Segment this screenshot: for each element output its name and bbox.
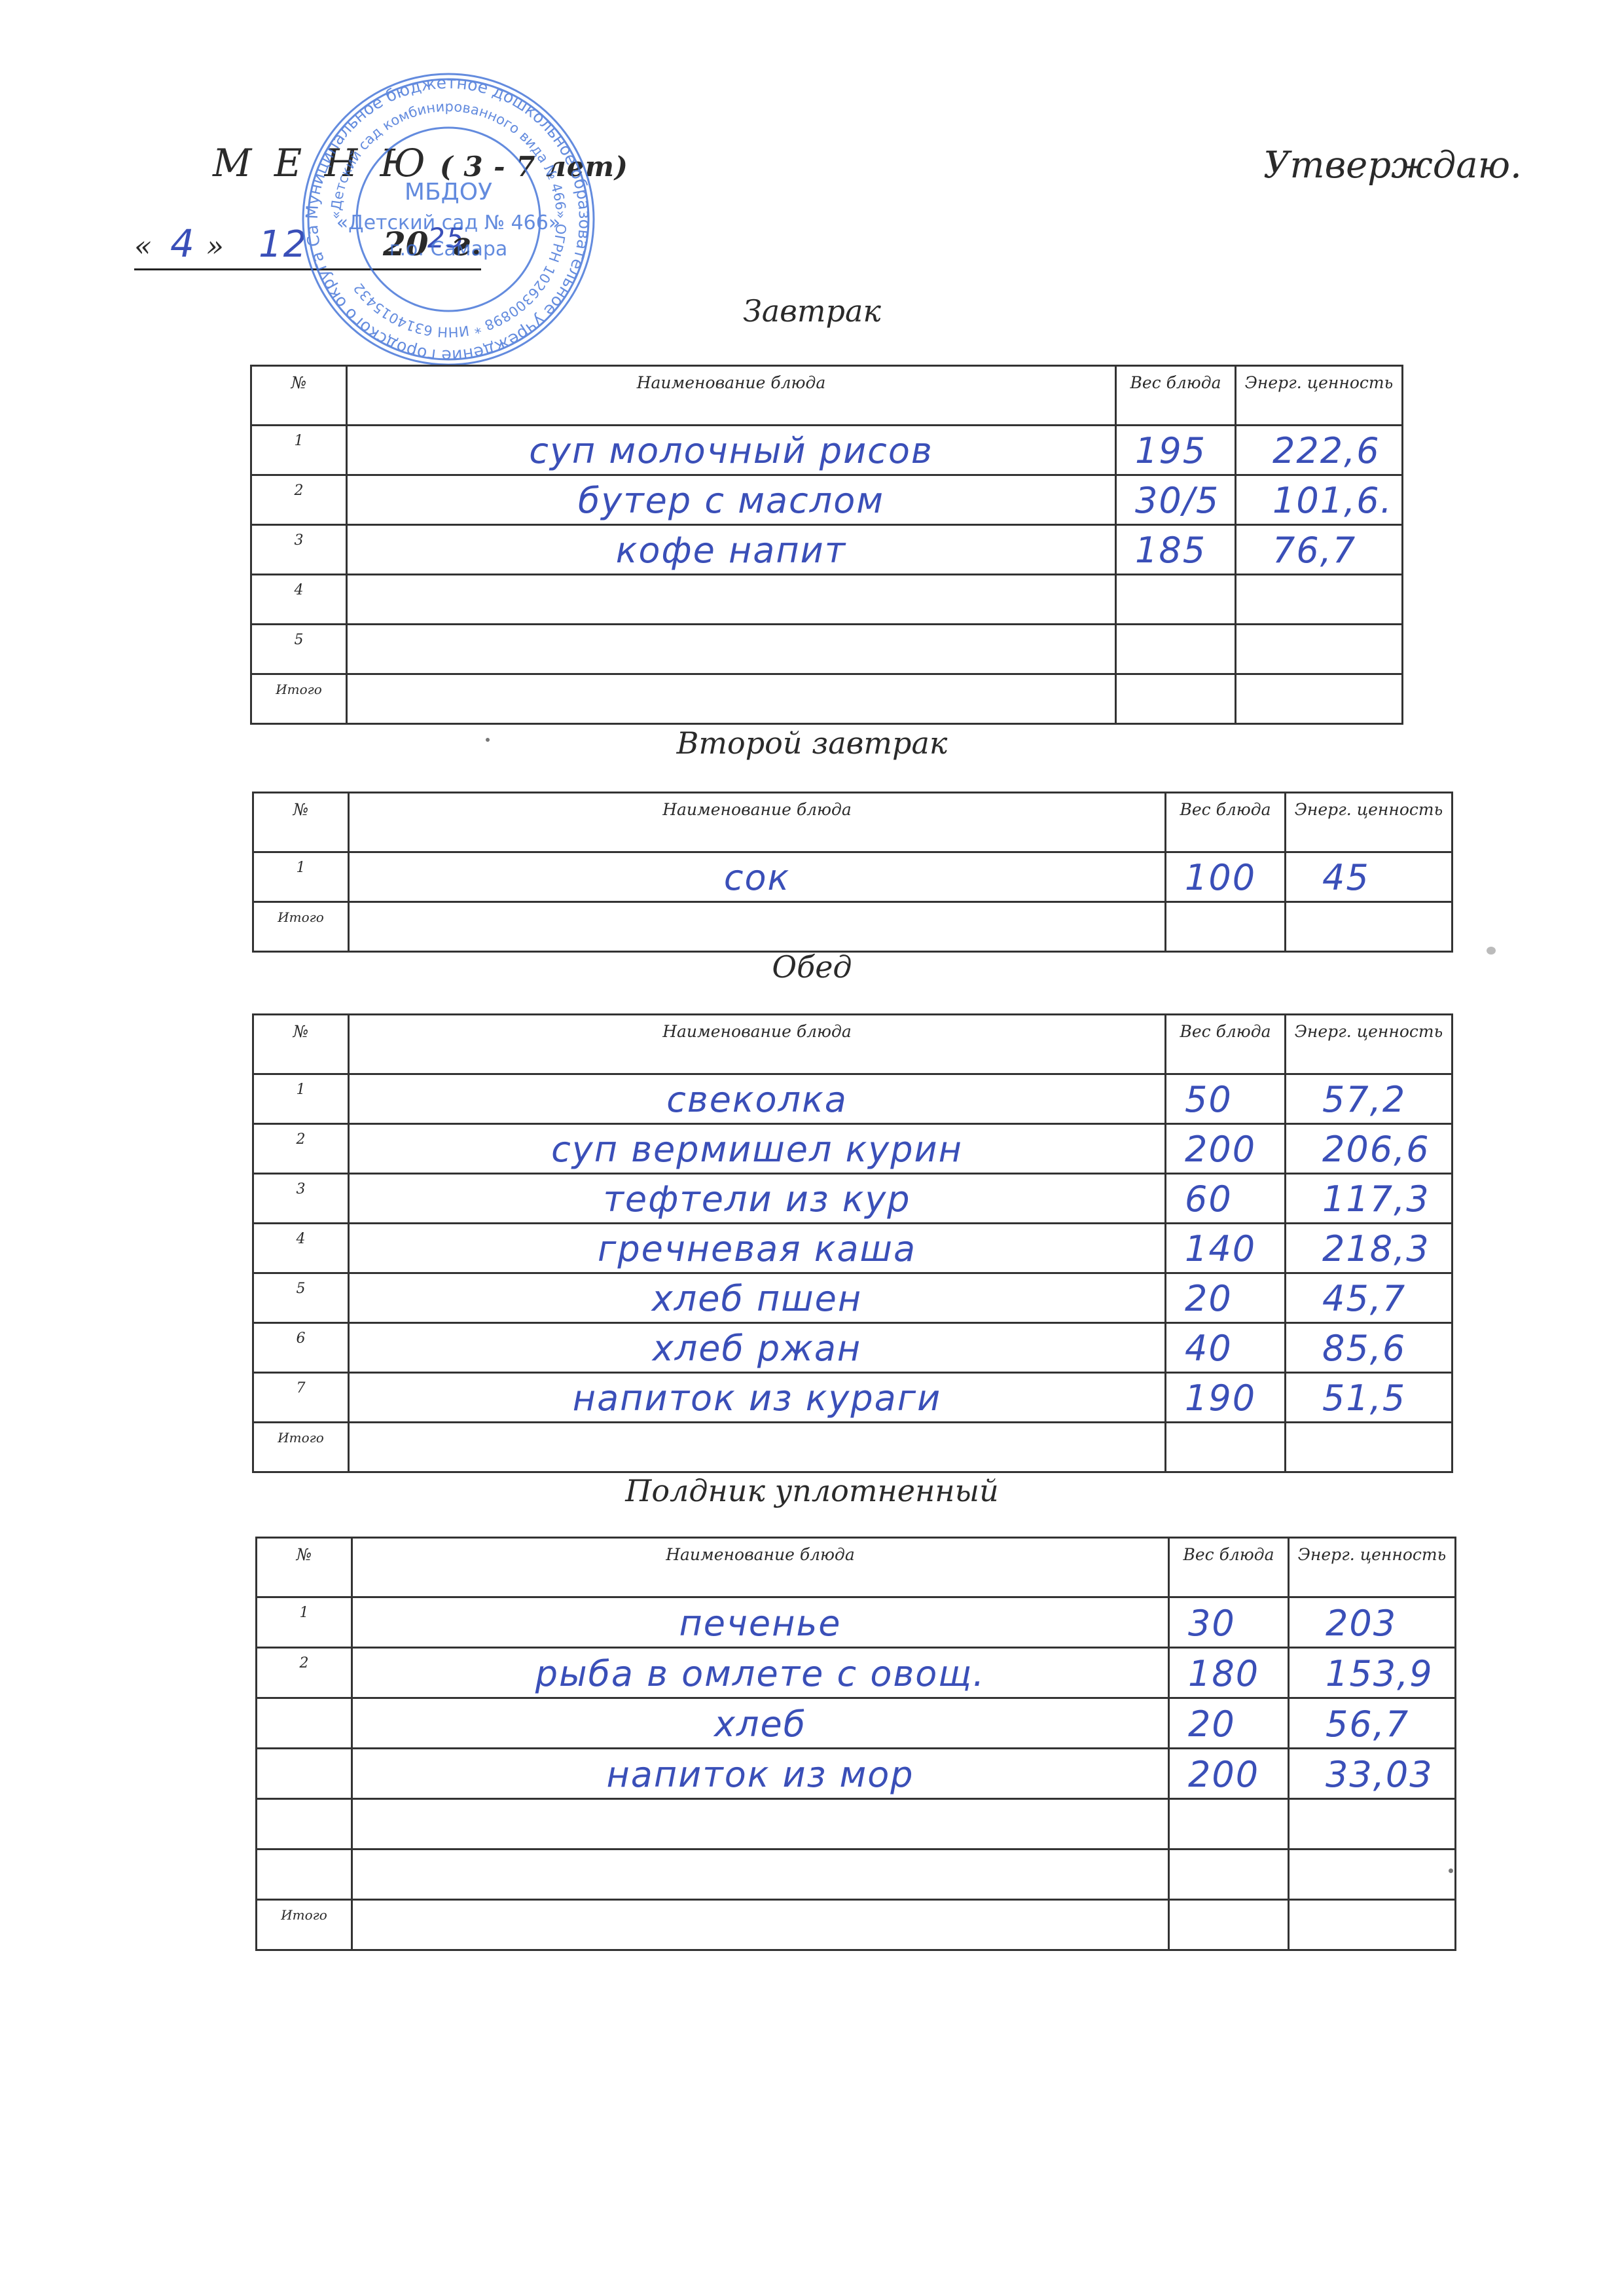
col-header-energy: Энерг. ценность: [1286, 793, 1453, 852]
date-day: 4: [170, 221, 196, 266]
table-header-row: №Наименование блюдаВес блюдаЭнерг. ценно…: [251, 366, 1403, 426]
dish-weight: 140: [1185, 1228, 1256, 1269]
table-row: 7напиток из кураги19051,5: [253, 1373, 1453, 1423]
row-number: 4: [251, 575, 347, 625]
date-month: 12: [259, 223, 308, 266]
row-number: [257, 1749, 352, 1799]
date-open-quote: «: [134, 230, 152, 263]
col-header-weight: Вес блюда: [1169, 1538, 1289, 1597]
dish-energy: 56,7: [1326, 1704, 1409, 1745]
dish-energy: 85,6: [1322, 1328, 1406, 1369]
total-label: Итого: [257, 1900, 352, 1950]
second-breakfast-table: №Наименование блюдаВес блюдаЭнерг. ценно…: [252, 792, 1453, 953]
total-name-cell: [349, 902, 1166, 952]
total-energy-cell: [1286, 1423, 1453, 1472]
date-year-prefix: 20: [383, 225, 429, 263]
total-energy-cell: [1289, 1900, 1456, 1950]
table-row: 3кофе напит18576,7: [251, 525, 1403, 575]
table-row: хлеб2056,7: [257, 1698, 1456, 1749]
dish-energy: 203: [1326, 1603, 1397, 1644]
dish-weight: 200: [1188, 1754, 1259, 1795]
dish-weight: 180: [1188, 1653, 1259, 1694]
table-row: 1суп молочный рисов195222,6: [251, 426, 1403, 475]
dish-energy: 51,5: [1322, 1377, 1406, 1419]
row-number: [257, 1850, 352, 1900]
col-header-name: Наименование блюда: [349, 1015, 1166, 1074]
total-weight-cell: [1166, 902, 1286, 952]
table-row: 2рыба в омлете с овощ.180153,9: [257, 1648, 1456, 1698]
dish-name: хлеб: [353, 1704, 1168, 1745]
dish-name: кофе напит: [348, 530, 1115, 571]
col-header-name: Наименование блюда: [347, 366, 1116, 426]
row-number: 5: [253, 1273, 349, 1323]
dish-energy: 222,6: [1272, 430, 1380, 471]
total-weight-cell: [1116, 674, 1236, 724]
table-header-row: №Наименование блюдаВес блюдаЭнерг. ценно…: [257, 1538, 1456, 1597]
row-number: 2: [253, 1124, 349, 1174]
col-header-num: №: [253, 793, 349, 852]
section-title-second-breakfast: Второй завтрак: [0, 725, 1624, 761]
dish-energy: 117,3: [1322, 1178, 1430, 1220]
snack-table: №Наименование блюдаВес блюдаЭнерг. ценно…: [255, 1537, 1456, 1951]
col-header-name: Наименование блюда: [349, 793, 1166, 852]
scan-speck: [1449, 1868, 1453, 1873]
dish-name: хлеб пшен: [350, 1278, 1164, 1319]
col-header-energy: Энерг. ценность: [1289, 1538, 1456, 1597]
col-header-num: №: [257, 1538, 352, 1597]
table-row: 1свеколка5057,2: [253, 1074, 1453, 1124]
table-row: 2бутер с маслом30/5101,6.: [251, 475, 1403, 525]
date-year-label: г.: [452, 225, 482, 263]
row-number: 1: [257, 1597, 352, 1648]
dish-weight: 20: [1185, 1278, 1233, 1319]
approve-label: Утверждаю.: [1263, 144, 1522, 187]
breakfast-table: №Наименование блюдаВес блюдаЭнерг. ценно…: [250, 365, 1403, 725]
row-number: [257, 1799, 352, 1850]
total-weight-cell: [1166, 1423, 1286, 1472]
dish-name: печенье: [353, 1603, 1168, 1644]
row-number: 2: [257, 1648, 352, 1698]
col-header-energy: Энерг. ценность: [1236, 366, 1403, 426]
dish-energy: 76,7: [1272, 530, 1356, 571]
dish-weight: 40: [1185, 1328, 1233, 1369]
col-header-weight: Вес блюда: [1116, 366, 1236, 426]
dish-weight: 50: [1185, 1079, 1233, 1120]
table-header-row: №Наименование блюдаВес блюдаЭнерг. ценно…: [253, 793, 1453, 852]
row-number: 6: [253, 1323, 349, 1373]
dish-name: хлеб ржан: [350, 1328, 1164, 1369]
dish-energy: 218,3: [1322, 1228, 1430, 1269]
dish-weight: 195: [1135, 430, 1206, 471]
col-header-num: №: [253, 1015, 349, 1074]
table-total-row: Итого: [251, 674, 1403, 724]
dish-name: свеколка: [350, 1079, 1164, 1120]
dish-energy: 45,7: [1322, 1278, 1406, 1319]
dish-name: гречневая каша: [350, 1228, 1164, 1269]
total-name-cell: [349, 1423, 1166, 1472]
table-row: 4: [251, 575, 1403, 625]
table-row: 2суп вермишел курин200206,6: [253, 1124, 1453, 1174]
col-header-energy: Энерг. ценность: [1286, 1015, 1453, 1074]
table-row: 1печенье30203: [257, 1597, 1456, 1648]
dish-energy: 153,9: [1326, 1653, 1434, 1694]
row-number: 1: [253, 1074, 349, 1124]
menu-date: « 4 » 12 20 25 г.: [134, 223, 481, 270]
dish-name: рыба в омлете с овощ.: [353, 1653, 1168, 1694]
table-row: 1сок10045: [253, 852, 1453, 902]
dish-name: сок: [350, 857, 1164, 898]
row-number: 1: [251, 426, 347, 475]
table-row: [257, 1850, 1456, 1900]
dish-weight: 30: [1188, 1603, 1236, 1644]
dish-weight: 190: [1185, 1377, 1256, 1419]
total-weight-cell: [1169, 1900, 1289, 1950]
table-total-row: Итого: [253, 1423, 1453, 1472]
table-row: 5: [251, 625, 1403, 674]
dish-name: напиток из кураги: [350, 1377, 1164, 1419]
total-label: Итого: [251, 674, 347, 724]
dish-name: суп вермишел курин: [350, 1129, 1164, 1170]
table-row: [257, 1799, 1456, 1850]
dish-weight: 60: [1185, 1178, 1233, 1220]
total-name-cell: [347, 674, 1116, 724]
row-number: 2: [251, 475, 347, 525]
dish-name: бутер с маслом: [348, 480, 1115, 521]
total-label: Итого: [253, 902, 349, 952]
dish-name: суп молочный рисов: [348, 430, 1115, 471]
scan-speck: [1487, 947, 1496, 955]
dish-weight: 185: [1135, 530, 1206, 571]
dish-weight: 200: [1185, 1129, 1256, 1170]
scan-speck: [486, 738, 490, 742]
col-header-weight: Вес блюда: [1166, 793, 1286, 852]
dish-weight: 100: [1185, 857, 1256, 898]
section-title-snack: Полдник уплотненный: [0, 1473, 1624, 1508]
row-number: 3: [253, 1174, 349, 1224]
dish-name: тефтели из кур: [350, 1178, 1164, 1220]
row-number: 7: [253, 1373, 349, 1423]
row-number: 3: [251, 525, 347, 575]
total-label: Итого: [253, 1423, 349, 1472]
date-close-quote: »: [206, 230, 224, 263]
col-header-name: Наименование блюда: [352, 1538, 1169, 1597]
dish-weight: 30/5: [1135, 480, 1219, 521]
table-row: 5хлеб пшен2045,7: [253, 1273, 1453, 1323]
col-header-num: №: [251, 366, 347, 426]
table-total-row: Итого: [253, 902, 1453, 952]
dish-energy: 33,03: [1326, 1754, 1434, 1795]
table-total-row: Итого: [257, 1900, 1456, 1950]
table-row: 4гречневая каша140218,3: [253, 1224, 1453, 1273]
table-row: 6хлеб ржан4085,6: [253, 1323, 1453, 1373]
lunch-table: №Наименование блюдаВес блюдаЭнерг. ценно…: [252, 1013, 1453, 1473]
table-header-row: №Наименование блюдаВес блюдаЭнерг. ценно…: [253, 1015, 1453, 1074]
dish-energy: 57,2: [1322, 1079, 1406, 1120]
section-title-lunch: Обед: [0, 949, 1624, 985]
row-number: 5: [251, 625, 347, 674]
menu-title: М Е Н Ю( 3 - 7 лет): [213, 141, 628, 185]
row-number: [257, 1698, 352, 1749]
dish-name: напиток из мор: [353, 1754, 1168, 1795]
dish-energy: 45: [1322, 857, 1370, 898]
dish-weight: 20: [1188, 1704, 1236, 1745]
age-group: ( 3 - 7 лет): [440, 151, 628, 183]
row-number: 1: [253, 852, 349, 902]
section-title-breakfast: Завтрак: [0, 293, 1624, 329]
table-row: 3тефтели из кур60117,3: [253, 1174, 1453, 1224]
col-header-weight: Вес блюда: [1166, 1015, 1286, 1074]
total-energy-cell: [1286, 902, 1453, 952]
dish-energy: 101,6.: [1272, 480, 1393, 521]
row-number: 4: [253, 1224, 349, 1273]
dish-energy: 206,6: [1322, 1129, 1430, 1170]
total-energy-cell: [1236, 674, 1403, 724]
total-name-cell: [352, 1900, 1169, 1950]
table-row: напиток из мор20033,03: [257, 1749, 1456, 1799]
menu-title-text: М Е Н Ю: [213, 141, 431, 185]
